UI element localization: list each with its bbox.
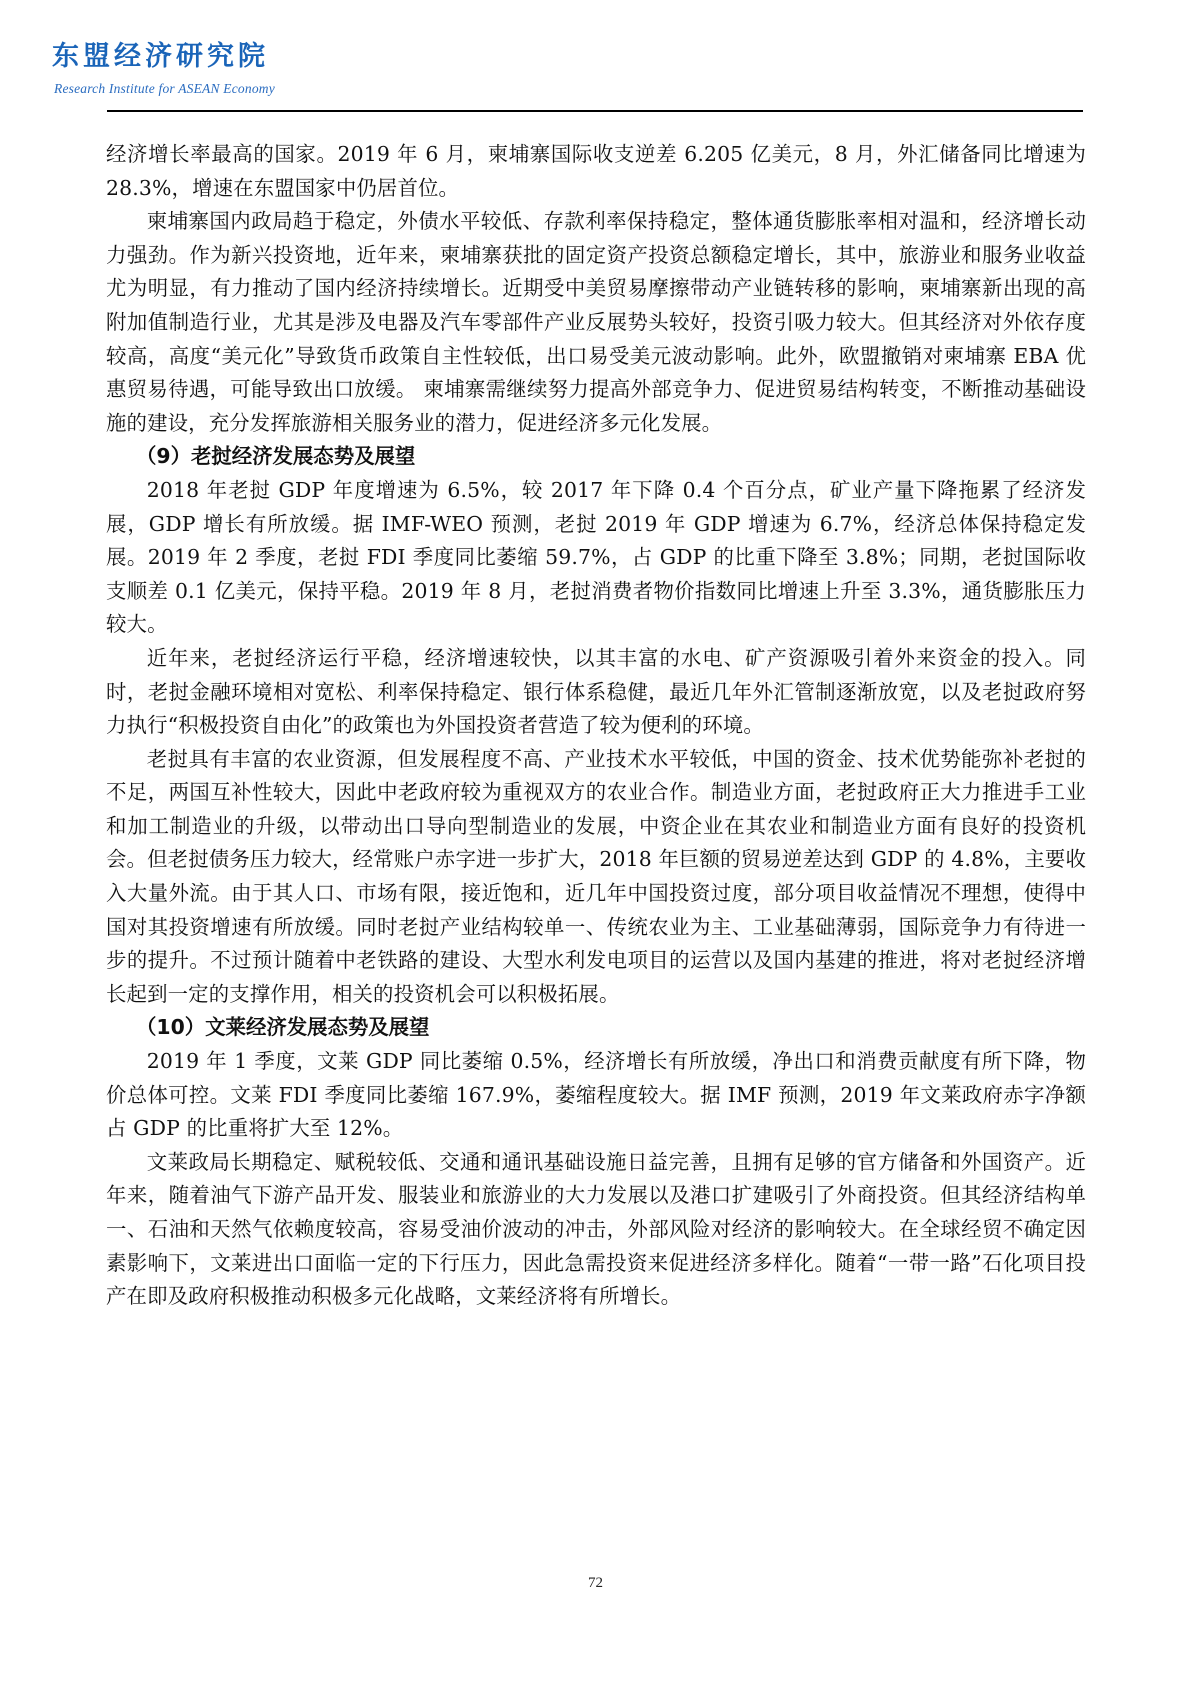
- page-number: 72: [0, 1575, 1191, 1592]
- institute-logo-cn: 东盟经济研究院: [52, 34, 269, 73]
- paragraph-brunei-outlook: 文莱政局长期稳定、赋税较低、交通和通讯基础设施日益完善，且拥有足够的官方储备和外…: [106, 1146, 1086, 1314]
- paragraph-laos-indicators: 2018 年老挝 GDP 年度增速为 6.5%，较 2017 年下降 0.4 个…: [106, 474, 1086, 642]
- institute-logo-en: Research Institute for ASEAN Economy: [54, 81, 275, 97]
- paragraph-cambodia-outlook: 柬埔寨国内政局趋于稳定，外债水平较低、存款利率保持稳定，整体通货膨胀率相对温和，…: [106, 205, 1086, 440]
- document-body: 经济增长率最高的国家。2019 年 6 月，柬埔寨国际收支逆差 6.205 亿美…: [106, 138, 1086, 1314]
- header-divider: [107, 110, 1083, 112]
- section-heading-laos: （9）老挝经济发展态势及展望: [106, 440, 1086, 474]
- section-heading-brunei: （10）文莱经济发展态势及展望: [106, 1011, 1086, 1045]
- paragraph-brunei-indicators: 2019 年 1 季度，文莱 GDP 同比萎缩 0.5%，经济增长有所放缓，净出…: [106, 1045, 1086, 1146]
- paragraph-cambodia-continued: 经济增长率最高的国家。2019 年 6 月，柬埔寨国际收支逆差 6.205 亿美…: [106, 138, 1086, 205]
- page-header: 东盟经济研究院 Research Institute for ASEAN Eco…: [50, 28, 1090, 118]
- paragraph-laos-environment: 近年来，老挝经济运行平稳，经济增速较快，以其丰富的水电、矿产资源吸引着外来资金的…: [106, 642, 1086, 743]
- paragraph-laos-outlook: 老挝具有丰富的农业资源，但发展程度不高、产业技术水平较低，中国的资金、技术优势能…: [106, 743, 1086, 1012]
